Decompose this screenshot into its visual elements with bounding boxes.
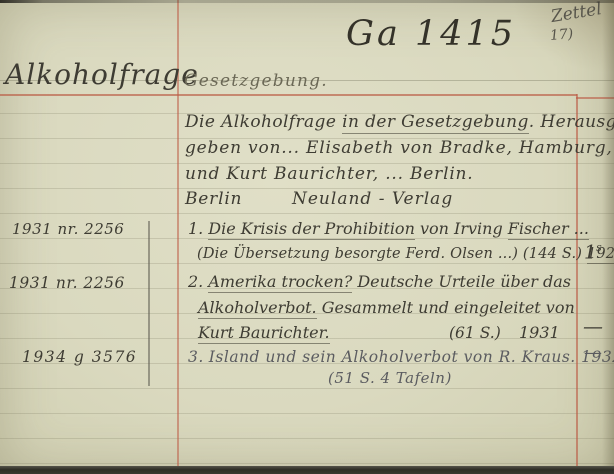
- entry-3-title: Island und sein Alkoholverbot von R. Kra…: [209, 348, 614, 366]
- entry-3-pages: (51 S. 4 Tafeln): [328, 371, 452, 387]
- entry-3-line-1: 3.Island und sein Alkoholverbot von R. K…: [188, 349, 614, 365]
- title-line-3: und Kurt Baurichter, ... Berlin.: [185, 166, 474, 184]
- title-line-1-pre: Die Alkoholfrage: [185, 112, 342, 132]
- entry-1-number: 1.: [188, 219, 203, 238]
- entry-1-author-link: von Irving: [415, 219, 508, 238]
- entry-1-line-1: 1.Die Krisis der Prohibition von Irving …: [188, 221, 589, 238]
- card-bottom-edge: [0, 466, 614, 474]
- entry-2-year: 1931: [519, 325, 560, 342]
- entry-2-number: 2.: [188, 272, 203, 291]
- pencil-rule: [148, 221, 150, 386]
- copies-superscript: s: [596, 241, 602, 254]
- card-right-edge: [602, 0, 614, 474]
- catalog-card: Alkoholfrage Gesetzgebung. Ga 1415 Zette…: [0, 0, 614, 474]
- entry-2-title-rest: Deutsche Urteile über das: [352, 272, 571, 291]
- entry-3-dash-mark: —: [584, 344, 602, 363]
- entry-2-editor: Kurt Baurichter.: [198, 325, 330, 344]
- entry-1-author: Fischer ...: [508, 219, 589, 240]
- card-top-edge: [0, 0, 614, 3]
- title-line-2: geben von... Elisabeth von Bradke, Hambu…: [185, 140, 613, 158]
- title-line-1-underlined: in der Gesetzgebung: [342, 112, 529, 134]
- entry-2-title: Amerika trocken?: [208, 272, 352, 293]
- title-line-4-place: Berlin: [185, 191, 242, 209]
- entry-1-title: Die Krisis der Prohibition: [208, 219, 415, 240]
- entry-1-copies-mark: 1s: [584, 242, 602, 263]
- title-line-1: Die Alkoholfrage in der Gesetzgebung. He…: [185, 114, 614, 132]
- subject-heading: Alkoholfrage: [5, 60, 199, 89]
- title-line-4-publisher: Neuland - Verlag: [292, 191, 453, 209]
- entry-1-line-2: (Die Übersetzung besorgte Ferd. Olsen ..…: [197, 247, 614, 262]
- entry-2-line-1: 2.Amerika trocken? Deutsche Urteile über…: [188, 274, 571, 291]
- corner-note-line2: 17): [549, 27, 573, 44]
- entry-3-call-number: 1934 g 3576: [22, 349, 137, 365]
- entry-2-pages: (61 S.): [449, 325, 501, 341]
- copies-count: 1: [584, 241, 596, 263]
- entry-2-line-2: Alkoholverbot. Gesammelt und eingeleitet…: [198, 300, 575, 317]
- entry-2-subject-word: Alkoholverbot.: [198, 298, 317, 319]
- entry-2-line-2-rest: Gesammelt und eingeleitet von: [317, 298, 575, 317]
- entry-2-dash-mark: —: [583, 316, 603, 337]
- entry-3-number: 3.: [188, 348, 204, 366]
- entry-1-note: (Die Übersetzung besorgte Ferd. Olsen ..…: [197, 246, 587, 262]
- red-rule-horizontal: [0, 94, 577, 96]
- subheading: Gesetzgebung.: [184, 73, 328, 91]
- entry-2-call-number: 1931 nr. 2256: [9, 275, 125, 291]
- entry-1-call-number: 1931 nr. 2256: [12, 222, 124, 238]
- shelfmark: Ga 1415: [346, 16, 516, 53]
